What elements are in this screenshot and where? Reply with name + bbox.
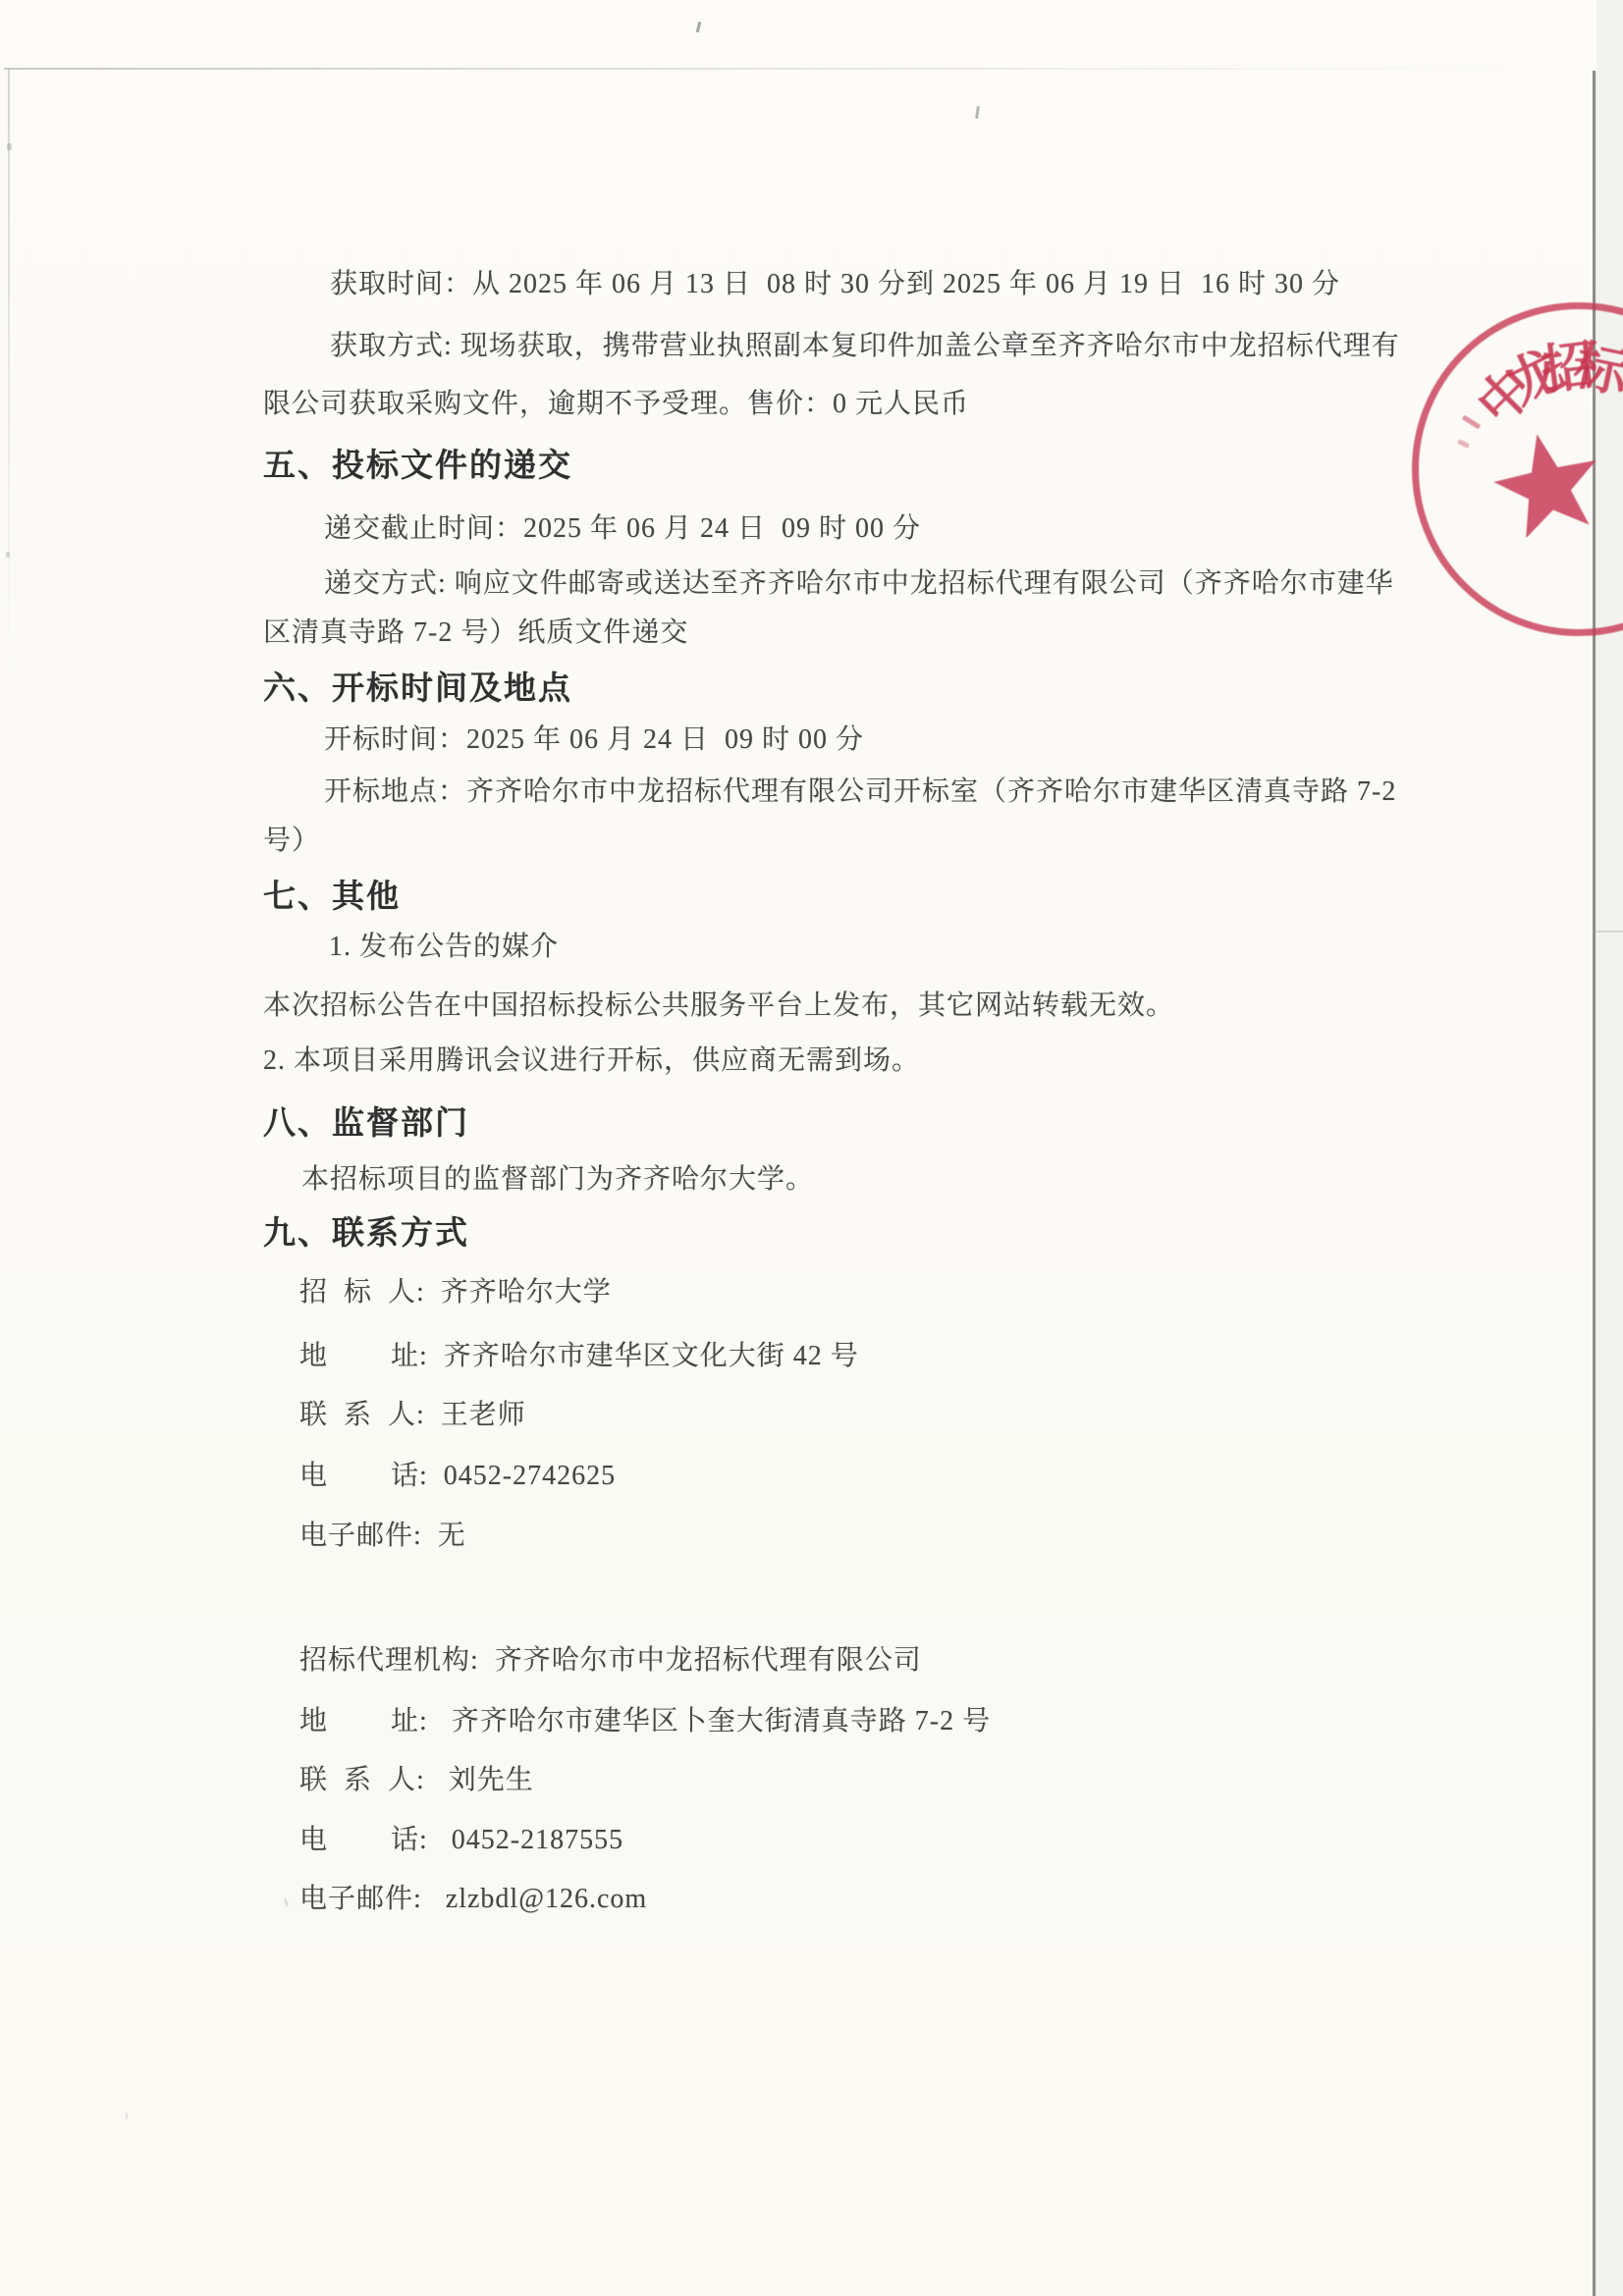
heading-bid-submission: 五、投标文件的递交 <box>263 447 572 484</box>
line-submission-method-1: 递交方式: 响应文件邮寄或送达至齐齐哈尔市中龙招标代理有限公司（齐齐哈尔市建华 <box>324 567 1394 601</box>
heading-other: 七、其他 <box>263 878 401 915</box>
line-acquisition-method-2: 限公司获取采购文件，逾期不予受理。售价：0 元人民币 <box>263 388 969 421</box>
line-tenderer-phone: 电 话: 0452-2742625 <box>299 1460 616 1493</box>
line-acquisition-method-1: 获取方式: 现场获取，携带营业执照副本复印件加盖公章至齐齐哈尔市中龙招标代理有 <box>330 330 1400 363</box>
line-agency-phone: 电 话: 0452-2187555 <box>299 1824 623 1857</box>
line-acquisition-time: 获取时间：从 2025 年 06 月 13 日 08 时 30 分到 2025 … <box>330 268 1340 301</box>
scan-speck <box>7 143 12 150</box>
line-opening-place-1: 开标地点：齐齐哈尔市中龙招标代理有限公司开标室（齐齐哈尔市建华区清真寺路 7-2 <box>324 775 1396 809</box>
line-tenderer-address: 地 址: 齐齐哈尔市建华区文化大街 42 号 <box>299 1340 859 1373</box>
line-tenderer-name: 招 标 人: 齐齐哈尔大学 <box>299 1276 612 1309</box>
line-submission-method-2: 区清真寺路 7-2 号）纸质文件递交 <box>263 616 688 650</box>
document-scan: 获取时间：从 2025 年 06 月 13 日 08 时 30 分到 2025 … <box>0 0 1623 2296</box>
seal-star-icon <box>1489 429 1607 547</box>
paper-top-fold-line <box>4 68 1516 70</box>
line-agency-address: 地 址: 齐齐哈尔市建华区卜奎大街清真寺路 7-2 号 <box>299 1705 991 1738</box>
line-agency-person: 联 系 人: 刘先生 <box>299 1764 534 1797</box>
line-other-item-1: 1. 发布公告的媒介 <box>329 931 559 964</box>
line-tenderer-email: 电子邮件: 无 <box>299 1520 466 1553</box>
line-submission-deadline: 递交截止时间：2025 年 06 月 24 日 09 时 00 分 <box>324 512 921 546</box>
heading-bid-opening: 六、开标时间及地点 <box>263 669 572 707</box>
line-media-note: 本次招标公告在中国招标投标公共服务平台上发布，其它网站转载无效。 <box>263 989 1174 1023</box>
scan-speck <box>6 552 10 558</box>
line-other-item-2: 2. 本项目采用腾讯会议进行开标，供应商无需到场。 <box>263 1044 920 1078</box>
heading-contact: 九、联系方式 <box>263 1214 469 1252</box>
line-opening-place-2: 号） <box>263 825 320 858</box>
scan-artifact-line <box>1596 931 1623 933</box>
line-tenderer-person: 联 系 人: 王老师 <box>299 1399 526 1432</box>
line-agency-name: 招标代理机构: 齐齐哈尔市中龙招标代理有限公司 <box>299 1644 922 1678</box>
line-agency-email: 电子邮件: zlzbdl@126.com <box>299 1883 647 1916</box>
line-opening-time: 开标时间：2025 年 06 月 24 日 09 时 00 分 <box>324 723 864 757</box>
line-supervision-body: 本招标项目的监督部门为齐齐哈尔大学。 <box>301 1163 814 1197</box>
heading-supervision: 八、监督部门 <box>263 1104 469 1142</box>
paper-left-edge <box>8 69 10 677</box>
scan-speck <box>126 2112 128 2119</box>
company-seal-stamp: 中 龙 招 标 <box>1412 302 1623 636</box>
